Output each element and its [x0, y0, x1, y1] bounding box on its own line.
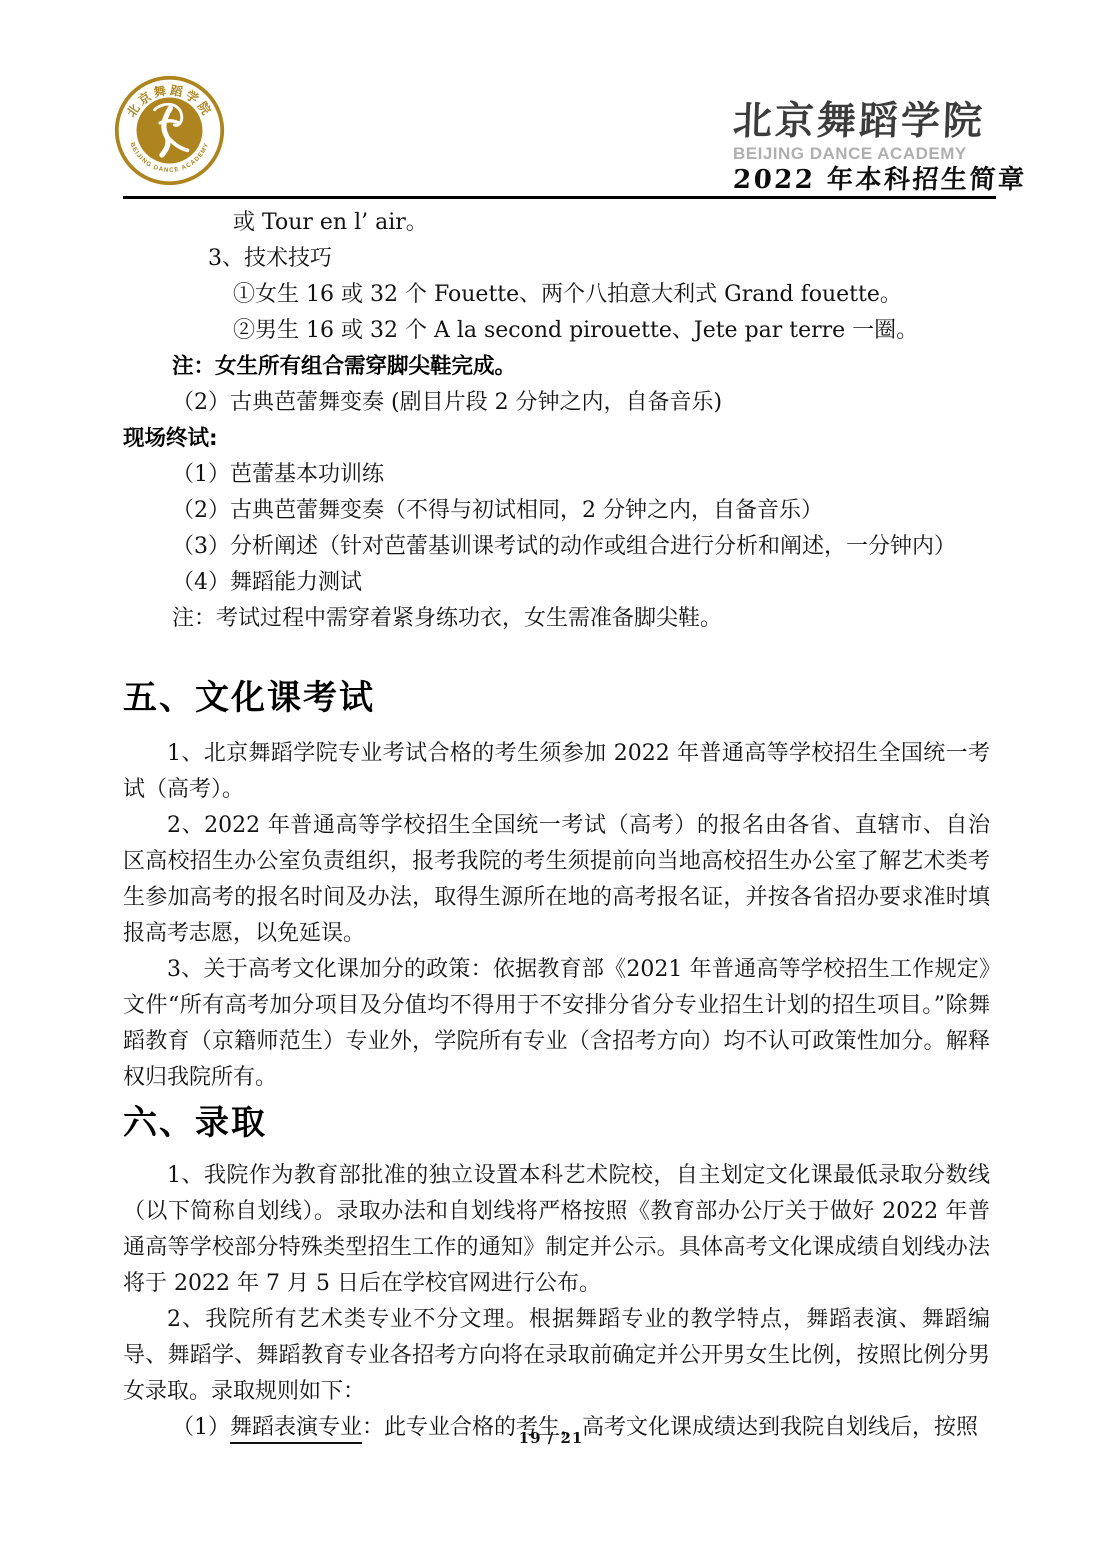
exam-requirements-block: 或 Tour en l’ air。 3、技术技巧 ①女生 16 或 32 个 F… — [123, 205, 990, 637]
paragraph: 1、北京舞蹈学院专业考试合格的考生须参加 2022 年普通高等学校招生全国统一考… — [123, 736, 990, 808]
document-line: （2）古典芭蕾舞变奏 (剧目片段 2 分钟之内，自备音乐) — [123, 385, 990, 421]
document-line: ①女生 16 或 32 个 Fouette、两个八拍意大利式 Grand fou… — [123, 277, 990, 313]
brochure-title: 2022 年本科招生简章 — [732, 165, 1002, 196]
document-line: （1）芭蕾基本功训练 — [123, 457, 990, 493]
note-line-bold: 注：女生所有组合需穿脚尖鞋完成。 — [123, 349, 990, 385]
paragraph: 1、我院作为教育部批准的独立设置本科艺术院校，自主划定文化课最低录取分数线（以下… — [123, 1158, 990, 1302]
paragraph: 3、关于高考文化课加分的政策：依据教育部《2021 年普通高等学校招生工作规定》… — [123, 952, 990, 1096]
document-page: 北京舞蹈学院 BEIJING DANCE ACADEMY 北京舞蹈学院 BEIJ… — [0, 0, 1102, 1559]
school-name-en: BEIJING DANCE ACADEMY — [733, 145, 1001, 163]
page-number: 19 / 21 — [0, 1429, 1102, 1447]
header-divider — [123, 196, 996, 199]
document-line: （3）分析阐述（针对芭蕾基训课考试的动作或组合进行分析和阐述，一分钟内） — [123, 529, 990, 565]
final-exam-label: 现场终试: — [123, 421, 990, 457]
document-line: （2）古典芭蕾舞变奏（不得与初试相同，2 分钟之内，自备音乐） — [123, 493, 990, 529]
paragraph: 2、2022 年普通高等学校招生全国统一考试（高考）的报名由各省、直辖市、自治区… — [123, 808, 990, 952]
academy-seal-logo: 北京舞蹈学院 BEIJING DANCE ACADEMY — [113, 74, 226, 187]
note-line: 注：考试过程中需穿着紧身练功衣，女生需准备脚尖鞋。 — [123, 601, 990, 637]
document-line: 或 Tour en l’ air。 — [123, 205, 990, 241]
section-culture-exam: 五、文化课考试 1、北京舞蹈学院专业考试合格的考生须参加 2022 年普通高等学… — [123, 677, 990, 1096]
section-admission: 六、录取 1、我院作为教育部批准的独立设置本科艺术院校，自主划定文化课最低录取分… — [123, 1102, 990, 1446]
paragraph: 2、我院所有艺术类专业不分文理。根据舞蹈专业的教学特点，舞蹈表演、舞蹈编导、舞蹈… — [123, 1302, 990, 1410]
document-line: 3、技术技巧 — [123, 241, 990, 277]
school-name-cn: 北京舞蹈学院 — [732, 98, 1002, 144]
document-line: ②男生 16 或 32 个 A la second pirouette、Jete… — [123, 313, 990, 349]
section-heading-admission: 六、录取 — [123, 1102, 990, 1144]
document-line: （4）舞蹈能力测试 — [123, 565, 990, 601]
section-heading-culture-exam: 五、文化课考试 — [123, 677, 990, 719]
header-right-block: 北京舞蹈学院 BEIJING DANCE ACADEMY 2022 年本科招生简… — [733, 98, 1001, 196]
